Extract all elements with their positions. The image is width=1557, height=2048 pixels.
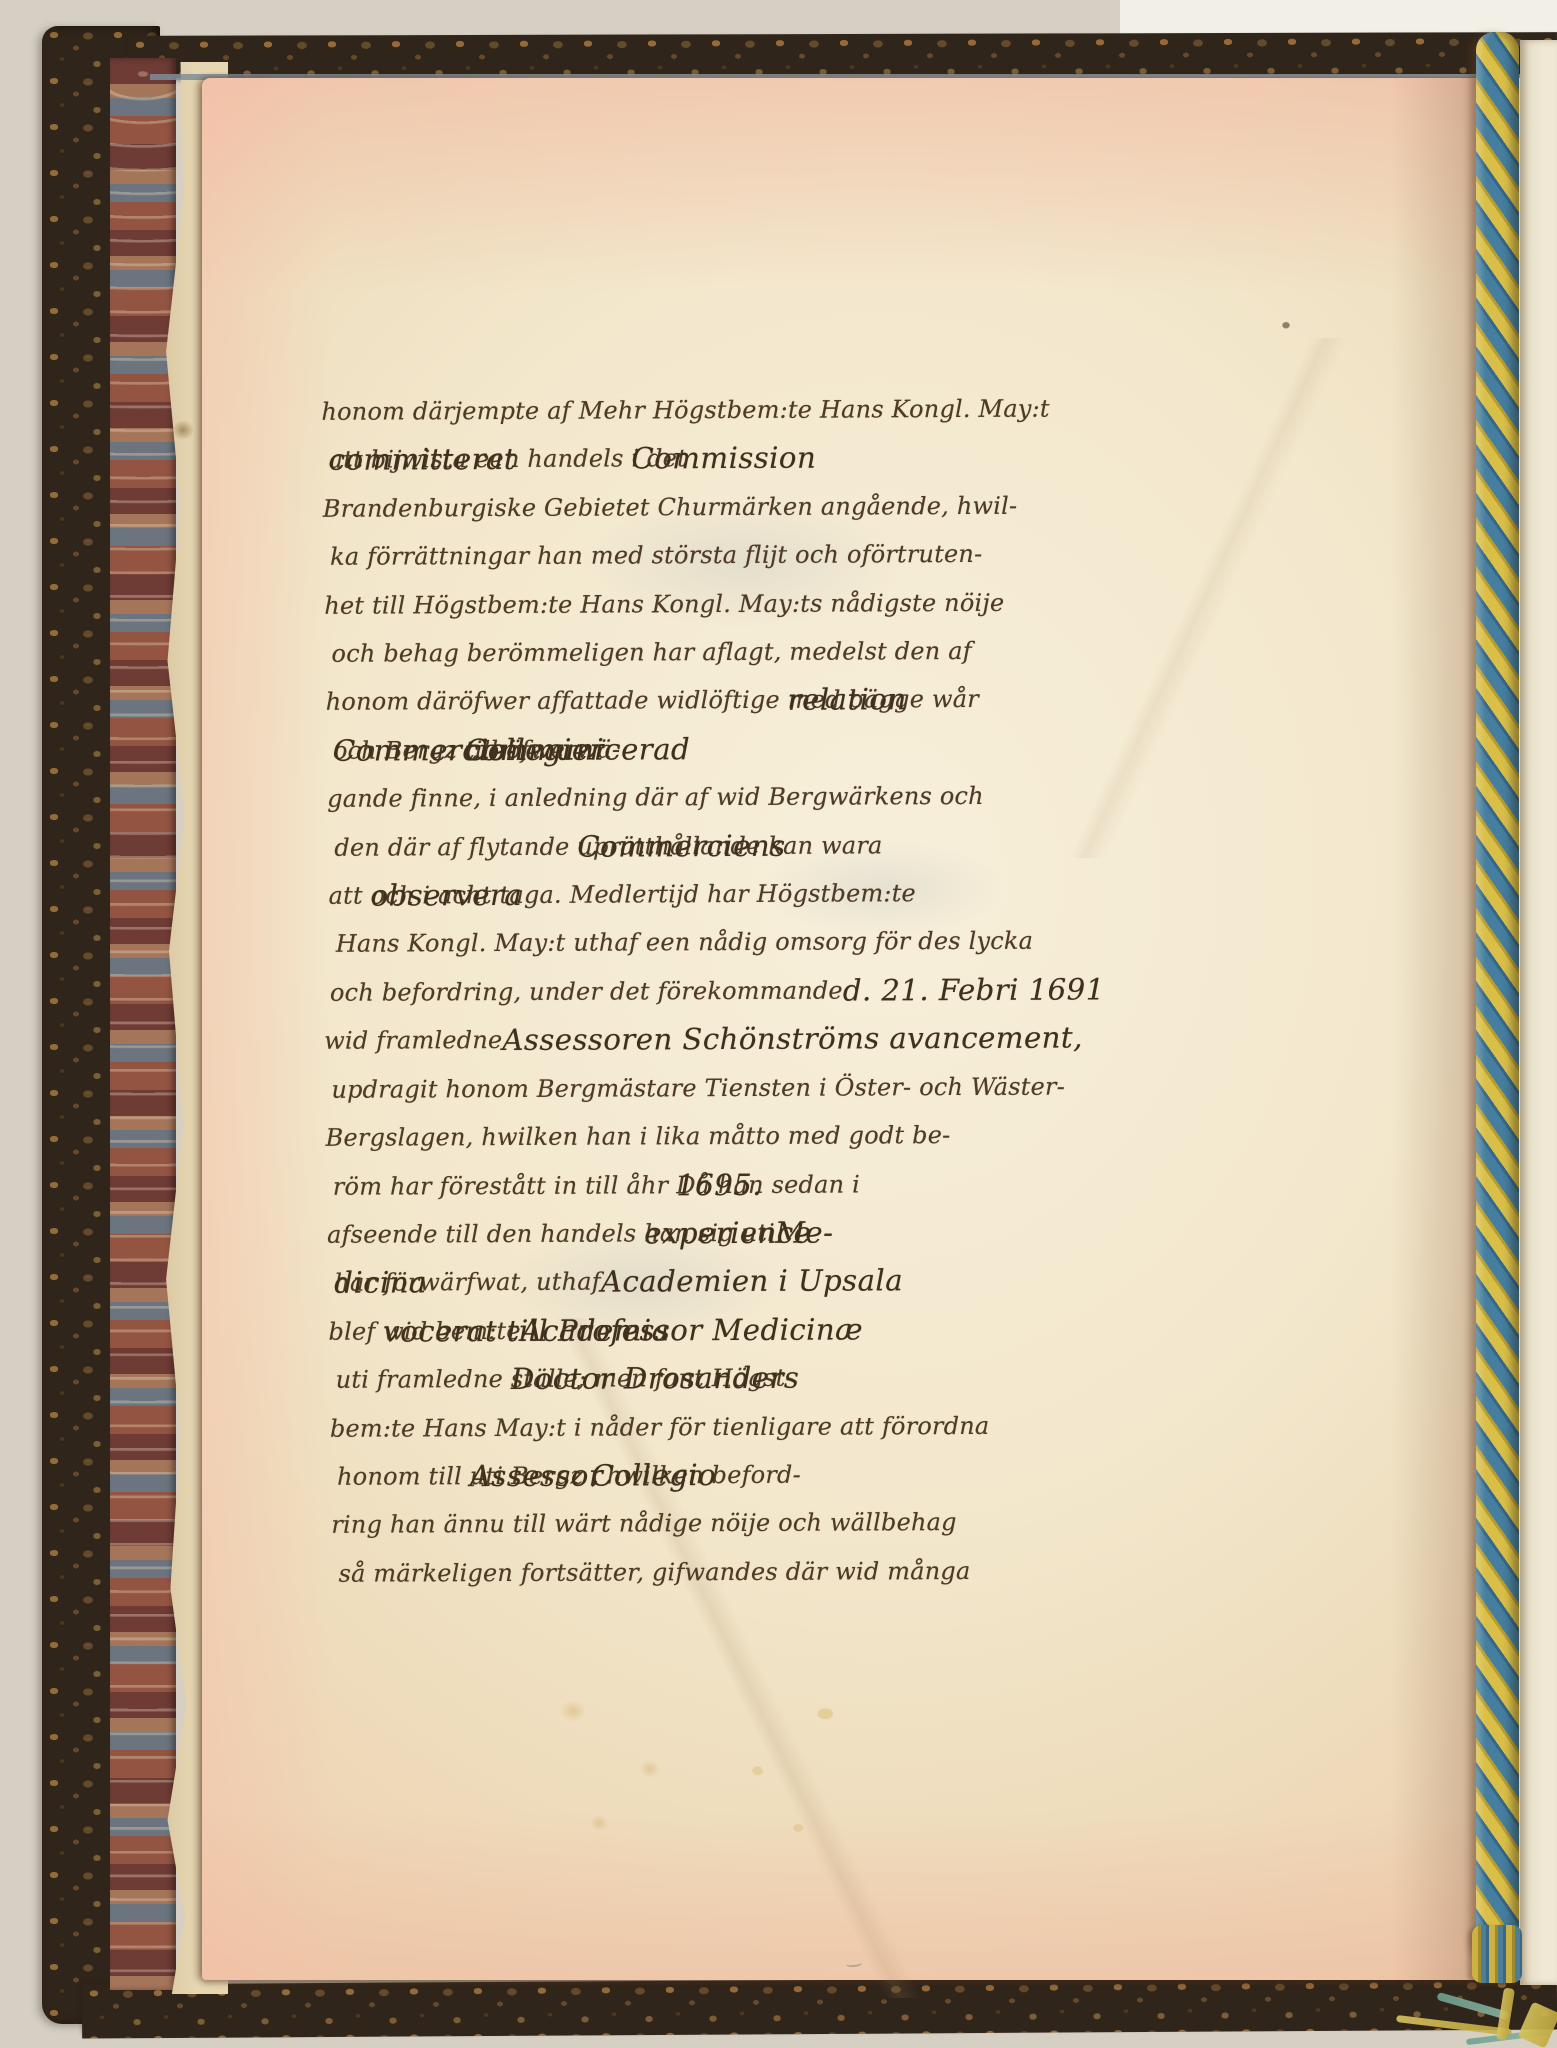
manuscript-line: uti framledne Doctor Drosanders ställe; … — [336, 1352, 1132, 1404]
manuscript-line: den där af flytande Commerciens uprätthå… — [334, 820, 1129, 872]
manuscript-line: och befordring, under det förekommande d… — [330, 965, 1130, 1017]
book-cover-bottom-edge — [82, 1975, 1557, 2038]
manuscript-line: dicina har förwärfwat, uthaf Academien i… — [334, 1256, 1131, 1308]
bookmark-cord-knot — [1472, 1925, 1522, 1983]
manuscript-line: bem:te Hans May:t i nåder för tienligare… — [330, 1401, 1132, 1453]
manuscript-line: Brandenburgiske Gebietet Churmärken angå… — [323, 481, 1128, 533]
facing-page-edge — [1520, 40, 1557, 1985]
manuscript-line: het till Högstbem:te Hans Kongl. May:ts … — [324, 578, 1128, 630]
manuscript-line: gande finne, i anledning där af wid Berg… — [327, 772, 1129, 824]
manuscript-line: Bergslagen, hwilken han i lika måtto med… — [326, 1110, 1131, 1162]
marbled-endpaper-strip — [110, 58, 176, 1990]
manuscript-line: honom däröfwer affattade widlöftige rela… — [326, 675, 1129, 727]
manuscript-line: Commercie- och Bergz Collegier communice… — [333, 723, 1129, 775]
latin-script-word: relation — [788, 676, 907, 725]
latin-script-word: observera — [371, 871, 523, 920]
manuscript-line: ring han ännu till wärt nådige nöije och… — [331, 1498, 1132, 1550]
latin-script-word: Collegio — [591, 1451, 716, 1500]
book-cover-top-edge — [128, 32, 1557, 78]
manuscript-line: honom till Assessor uti Bergz Collegio, … — [337, 1449, 1132, 1501]
latin-script-word: Commerciens — [577, 821, 785, 870]
manuscript-line: röm har förestått in till åhr 1695. Då h… — [333, 1159, 1131, 1211]
manuscript-line: ka förrättningar han med största flijt o… — [330, 529, 1128, 581]
latin-script-word: Commission — [631, 434, 816, 483]
manuscript-text-block: honom därjempte af Mehr Högstbem:te Hans… — [327, 384, 1132, 1598]
latin-script-word: communicerad — [465, 725, 690, 774]
latin-script-word: Me- — [775, 1208, 834, 1257]
manuscript-line: Hans Kongl. May:t uthaf een nådig omsorg… — [336, 917, 1130, 969]
bookmark-cord[interactable] — [1476, 32, 1519, 1957]
latin-script-word: Doctor Drosanders — [511, 1354, 800, 1404]
manuscript-line: afseende till den handels experience han… — [327, 1207, 1131, 1259]
manuscript-line: updragit honom Bergmästare Tiensten i Ös… — [331, 1062, 1130, 1114]
latin-script-word: d. 21. Febri 1691 — [843, 965, 1105, 1015]
latin-script-word: Academien i Upsala — [601, 1257, 903, 1307]
latin-script-word: committerat — [329, 435, 517, 484]
manuscript-line: wid framledne Assessoren Schönströms ava… — [324, 1014, 1130, 1066]
manuscript-line: blef vocerat till Professor Medicinæ wid… — [328, 1304, 1131, 1356]
manuscript-page[interactable]: honom därjempte af Mehr Högstbem:te Hans… — [202, 78, 1557, 1980]
manuscript-line: honom därjempte af Mehr Högstbem:te Hans… — [321, 384, 1127, 436]
manuscript-line: att observera och i acht taga. Medlertij… — [328, 868, 1129, 920]
latin-script-word: Academia — [521, 1306, 670, 1355]
manuscript-line: så märkeligen fortsätter, gifwandes där … — [338, 1546, 1132, 1598]
latin-script-word: 1695. — [676, 1160, 762, 1209]
manuscript-line: och behag berömmeligen har aflagt, medel… — [331, 626, 1128, 678]
manuscript-line: committerat att bijwista een handels Com… — [329, 433, 1128, 485]
latin-script-word: Assessor — [470, 1451, 604, 1500]
latin-script-word: dicina — [334, 1259, 427, 1308]
scanned-book-photo: honom därjempte af Mehr Högstbem:te Hans… — [0, 0, 1557, 2048]
latin-script-word: Assessoren Schönströms avancement, — [502, 1014, 1083, 1065]
